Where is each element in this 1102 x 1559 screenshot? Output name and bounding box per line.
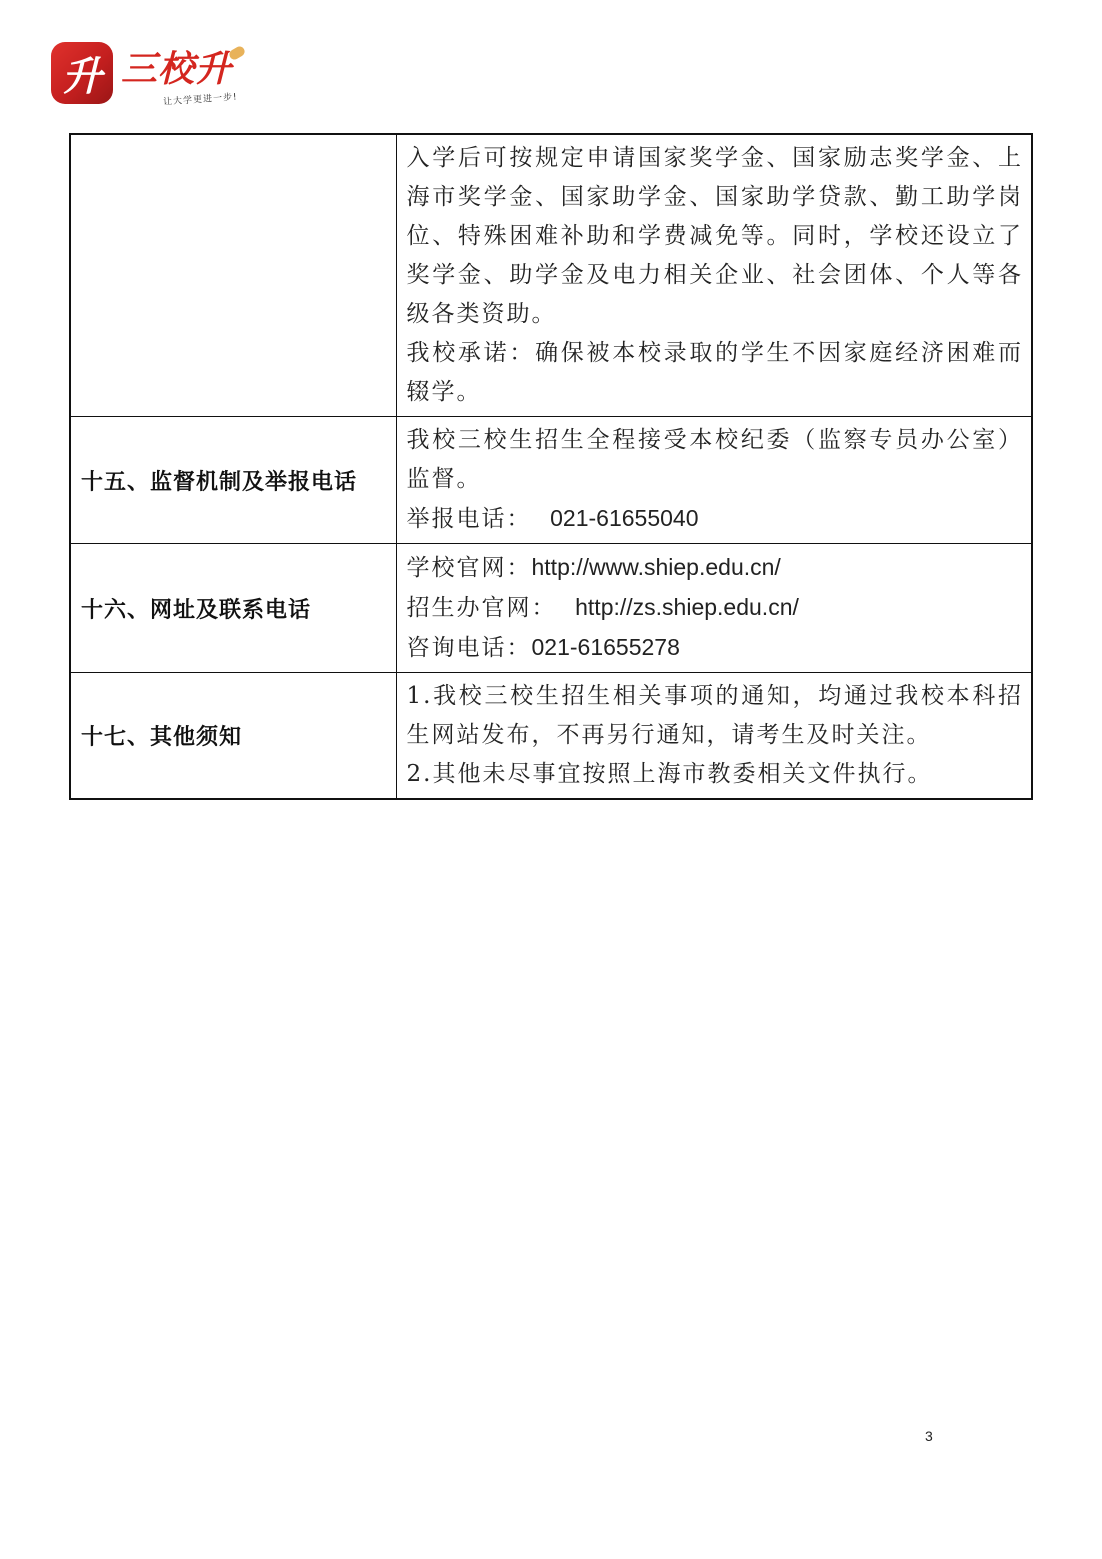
- report-phone-number: 021-61655040: [550, 505, 698, 531]
- note-2: 2.其他未尽事宜按照上海市教委相关文件执行。: [407, 755, 1024, 794]
- logo-text: 三校升: [121, 48, 232, 92]
- consult-phone-label: 咨询电话：: [407, 635, 532, 661]
- admission-info-table: 入学后可按规定申请国家奖学金、国家励志奖学金、上海市奖学金、国家助学金、国家助学…: [69, 133, 1033, 800]
- table-row-other-notes: 十七、其他须知 1.我校三校生招生相关事项的通知，均通过我校本科招生网站发布，不…: [70, 673, 1032, 800]
- consult-phone-line: 咨询电话：021-61655278: [407, 628, 1024, 668]
- table-row-supervision: 十五、监督机制及举报电话 我校三校生招生全程接受本校纪委（监察专员办公室）监督。…: [70, 417, 1032, 544]
- row-content: 入学后可按规定申请国家奖学金、国家励志奖学金、上海市奖学金、国家助学金、国家助学…: [396, 134, 1032, 417]
- admissions-website-line: 招生办官网： http://zs.shiep.edu.cn/: [407, 588, 1024, 628]
- row-content: 我校三校生招生全程接受本校纪委（监察专员办公室）监督。 举报电话： 021-61…: [396, 417, 1032, 544]
- logo-badge-icon: 升: [51, 42, 113, 104]
- row-content: 1.我校三校生招生相关事项的通知，均通过我校本科招生网站发布，不再另行通知，请考…: [396, 673, 1032, 800]
- financial-aid-text: 入学后可按规定申请国家奖学金、国家励志奖学金、上海市奖学金、国家助学金、国家助学…: [407, 139, 1024, 334]
- table-row-contact: 十六、网址及联系电话 学校官网：http://www.shiep.edu.cn/…: [70, 544, 1032, 673]
- school-website-label: 学校官网：: [407, 555, 532, 581]
- row-label: [70, 134, 396, 417]
- consult-phone-number: 021-61655278: [532, 634, 680, 660]
- row-label: 十六、网址及联系电话: [70, 544, 396, 673]
- report-phone-line: 举报电话： 021-61655040: [407, 499, 1024, 539]
- row-content: 学校官网：http://www.shiep.edu.cn/ 招生办官网： htt…: [396, 544, 1032, 673]
- logo-slogan: 让大学更进一步!: [163, 89, 238, 107]
- commitment-text: 我校承诺：确保被本校录取的学生不因家庭经济困难而辍学。: [407, 334, 1024, 412]
- row-label: 十七、其他须知: [70, 673, 396, 800]
- school-website-line: 学校官网：http://www.shiep.edu.cn/: [407, 548, 1024, 588]
- logo: 升 三校升 让大学更进一步!: [51, 42, 251, 112]
- table-row-financial-aid: 入学后可按规定申请国家奖学金、国家励志奖学金、上海市奖学金、国家助学金、国家助学…: [70, 134, 1032, 417]
- report-phone-label: 举报电话：: [407, 506, 532, 532]
- admissions-website-link[interactable]: http://zs.shiep.edu.cn/: [575, 594, 799, 620]
- school-website-link[interactable]: http://www.shiep.edu.cn/: [532, 554, 781, 580]
- admissions-website-label: 招生办官网：: [407, 595, 557, 621]
- supervision-text: 我校三校生招生全程接受本校纪委（监察专员办公室）监督。: [407, 421, 1024, 499]
- page-number: 3: [925, 1428, 933, 1444]
- note-1: 1.我校三校生招生相关事项的通知，均通过我校本科招生网站发布，不再另行通知，请考…: [407, 677, 1024, 755]
- row-label: 十五、监督机制及举报电话: [70, 417, 396, 544]
